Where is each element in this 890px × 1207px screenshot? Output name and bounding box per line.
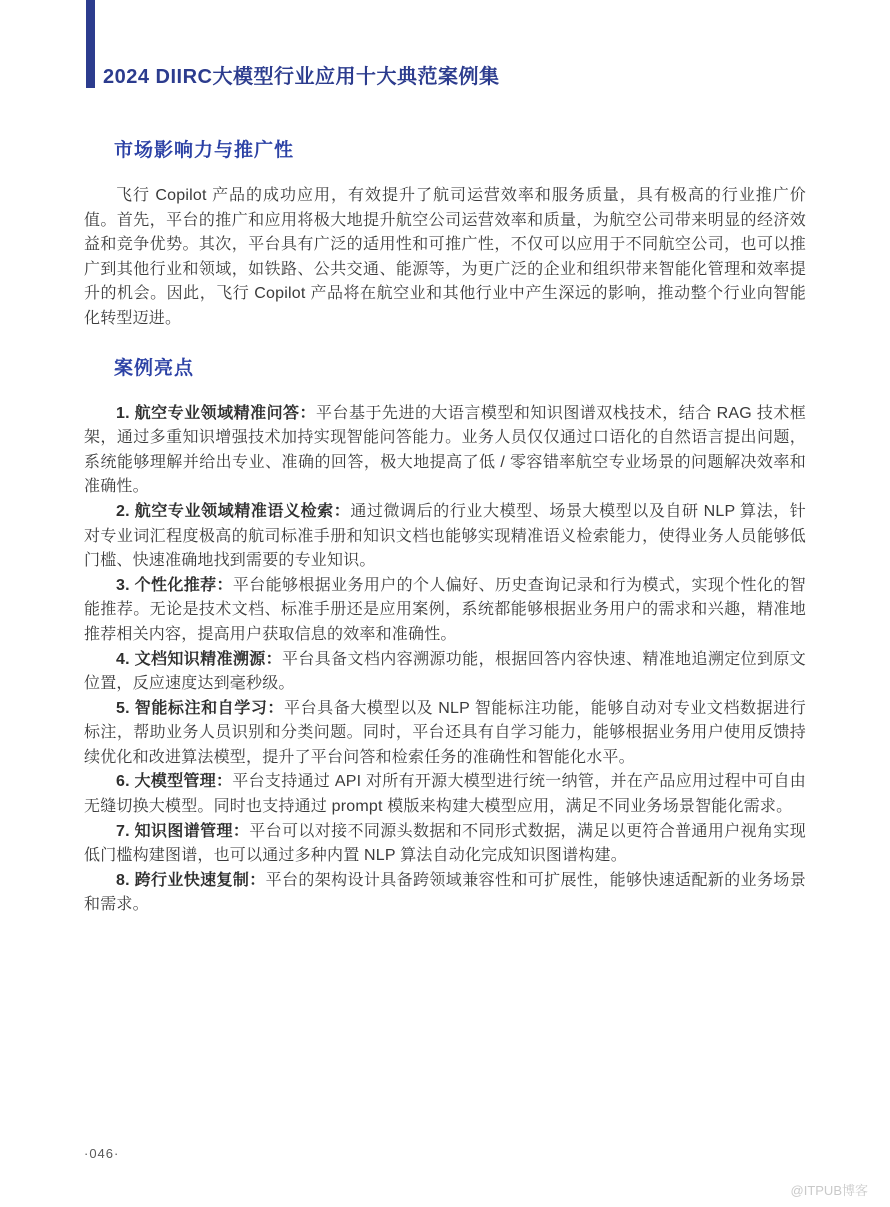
highlight-item: 8. 跨行业快速复制：平台的架构设计具备跨领域兼容性和可扩展性，能够快速适配新的… <box>84 869 806 918</box>
document-title: 2024 DIIRC大模型行业应用十大典范案例集 <box>103 60 500 89</box>
highlight-item: 6. 大模型管理：平台支持通过 API 对所有开源大模型进行统一纳管，并在产品应… <box>84 770 806 819</box>
section-heading-market-impact: 市场影响力与推广性 <box>114 138 806 164</box>
highlight-item-label: 3. 个性化推荐： <box>116 577 233 594</box>
highlight-item-label: 6. 大模型管理： <box>116 773 232 790</box>
highlight-item-label: 2. 航空专业领域精准语义检索： <box>116 503 350 520</box>
header-accent-bar <box>86 0 95 88</box>
document-page: 2024 DIIRC大模型行业应用十大典范案例集 市场影响力与推广性 飞行 Co… <box>0 0 890 1207</box>
highlight-item: 4. 文档知识精准溯源：平台具备文档内容溯源功能，根据回答内容快速、精准地追溯定… <box>84 648 806 697</box>
highlight-item-label: 8. 跨行业快速复制： <box>116 872 266 889</box>
body-paragraph: 飞行 Copilot 产品的成功应用，有效提升了航司运营效率和服务质量，具有极高… <box>84 184 806 332</box>
highlight-item: 5. 智能标注和自学习：平台具备大模型以及 NLP 智能标注功能，能够自动对专业… <box>84 697 806 771</box>
watermark: @ITPUB博客 <box>791 1180 868 1199</box>
highlight-item-label: 5. 智能标注和自学习： <box>116 700 284 717</box>
highlight-item-label: 4. 文档知识精准溯源： <box>116 651 282 668</box>
document-content: 市场影响力与推广性 飞行 Copilot 产品的成功应用，有效提升了航司运营效率… <box>84 138 806 918</box>
page-number: ·046· <box>84 1146 119 1161</box>
highlight-item: 3. 个性化推荐：平台能够根据业务用户的个人偏好、历史查询记录和行为模式，实现个… <box>84 574 806 648</box>
highlight-item: 7. 知识图谱管理：平台可以对接不同源头数据和不同形式数据，满足以更符合普通用户… <box>84 820 806 869</box>
highlight-item-label: 7. 知识图谱管理： <box>116 823 249 840</box>
highlight-item: 2. 航空专业领域精准语义检索：通过微调后的行业大模型、场景大模型以及自研 NL… <box>84 500 806 574</box>
highlight-item: 1. 航空专业领域精准问答：平台基于先进的大语言模型和知识图谱双栈技术，结合 R… <box>84 402 806 500</box>
section-heading-case-highlights: 案例亮点 <box>114 356 806 382</box>
highlight-item-label: 1. 航空专业领域精准问答： <box>116 405 316 422</box>
